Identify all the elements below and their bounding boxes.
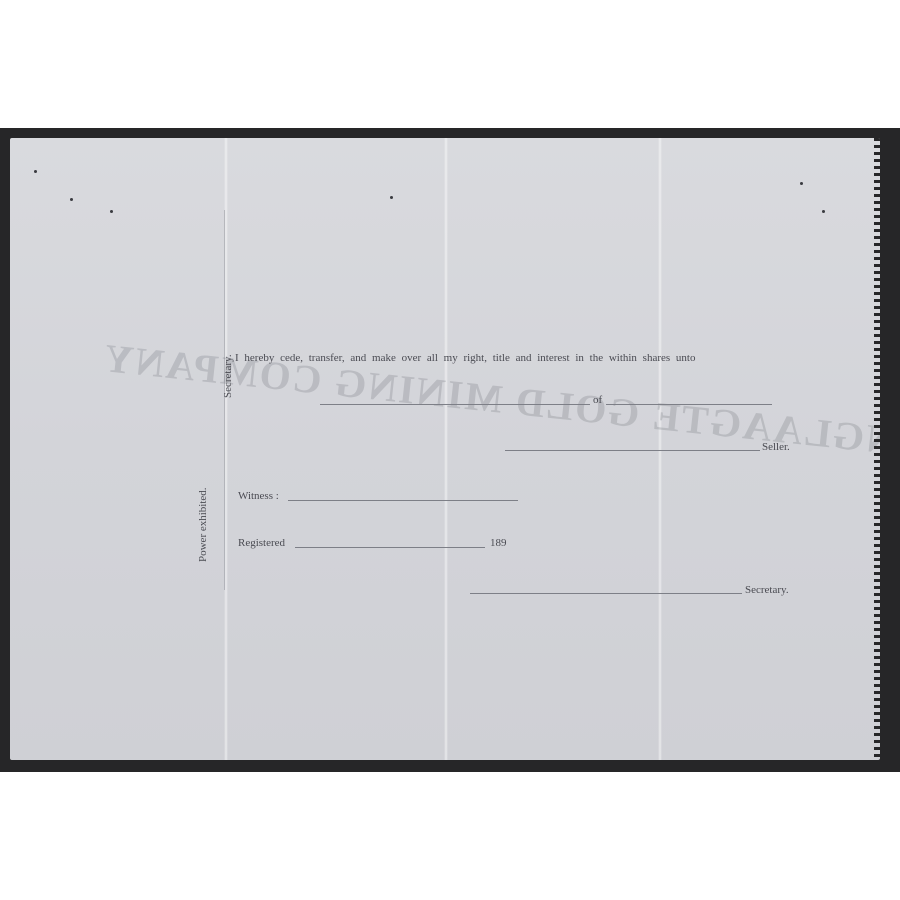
margin-secretary-label: Secretary. xyxy=(222,354,234,398)
pin-hole xyxy=(110,210,113,213)
pin-hole xyxy=(390,196,393,199)
seller-signature-line[interactable] xyxy=(505,450,760,451)
pin-hole xyxy=(70,198,73,201)
of-label: of xyxy=(593,394,602,406)
transferee-name-line[interactable] xyxy=(320,404,590,405)
fold-line xyxy=(658,138,662,760)
pin-hole xyxy=(800,182,803,185)
pin-hole xyxy=(34,170,37,173)
secretary-signature-line[interactable] xyxy=(470,593,742,594)
registered-label: Registered xyxy=(238,537,285,549)
registered-date-line[interactable] xyxy=(295,547,485,548)
transferee-address-line[interactable] xyxy=(606,404,772,405)
perforated-edge xyxy=(874,138,880,760)
certificate-paper: UNITED LANGLAAGTE GOLD MINING COMPANY xyxy=(10,138,880,760)
pin-hole xyxy=(822,210,825,213)
transfer-text: I hereby cede, transfer, and make over a… xyxy=(235,352,695,364)
fold-line xyxy=(444,138,448,760)
margin-power-label: Power exhibited. xyxy=(197,487,209,562)
secretary-label: Secretary. xyxy=(745,584,789,596)
margin-rule xyxy=(224,210,225,590)
witness-label: Witness : xyxy=(238,490,279,502)
year-prefix: 189 xyxy=(490,537,507,549)
seller-label: Seller. xyxy=(762,441,790,453)
witness-signature-line[interactable] xyxy=(288,500,518,501)
